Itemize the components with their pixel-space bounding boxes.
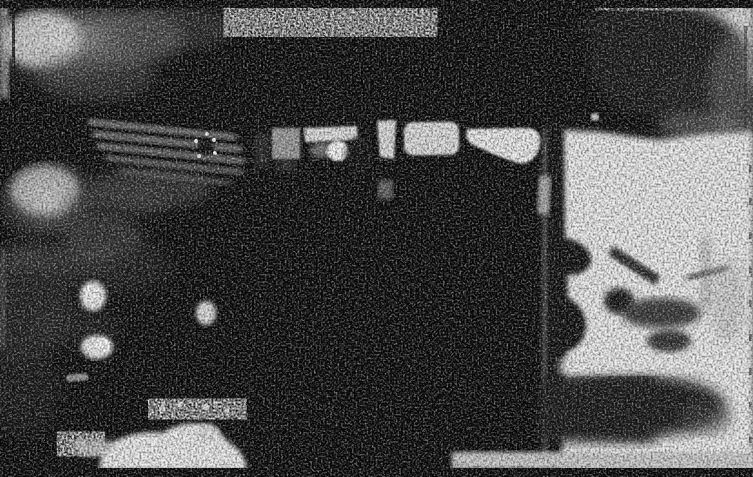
grain-pepper-overlay <box>0 0 753 477</box>
halftone-photo <box>0 0 753 477</box>
photo-canvas <box>0 0 753 477</box>
